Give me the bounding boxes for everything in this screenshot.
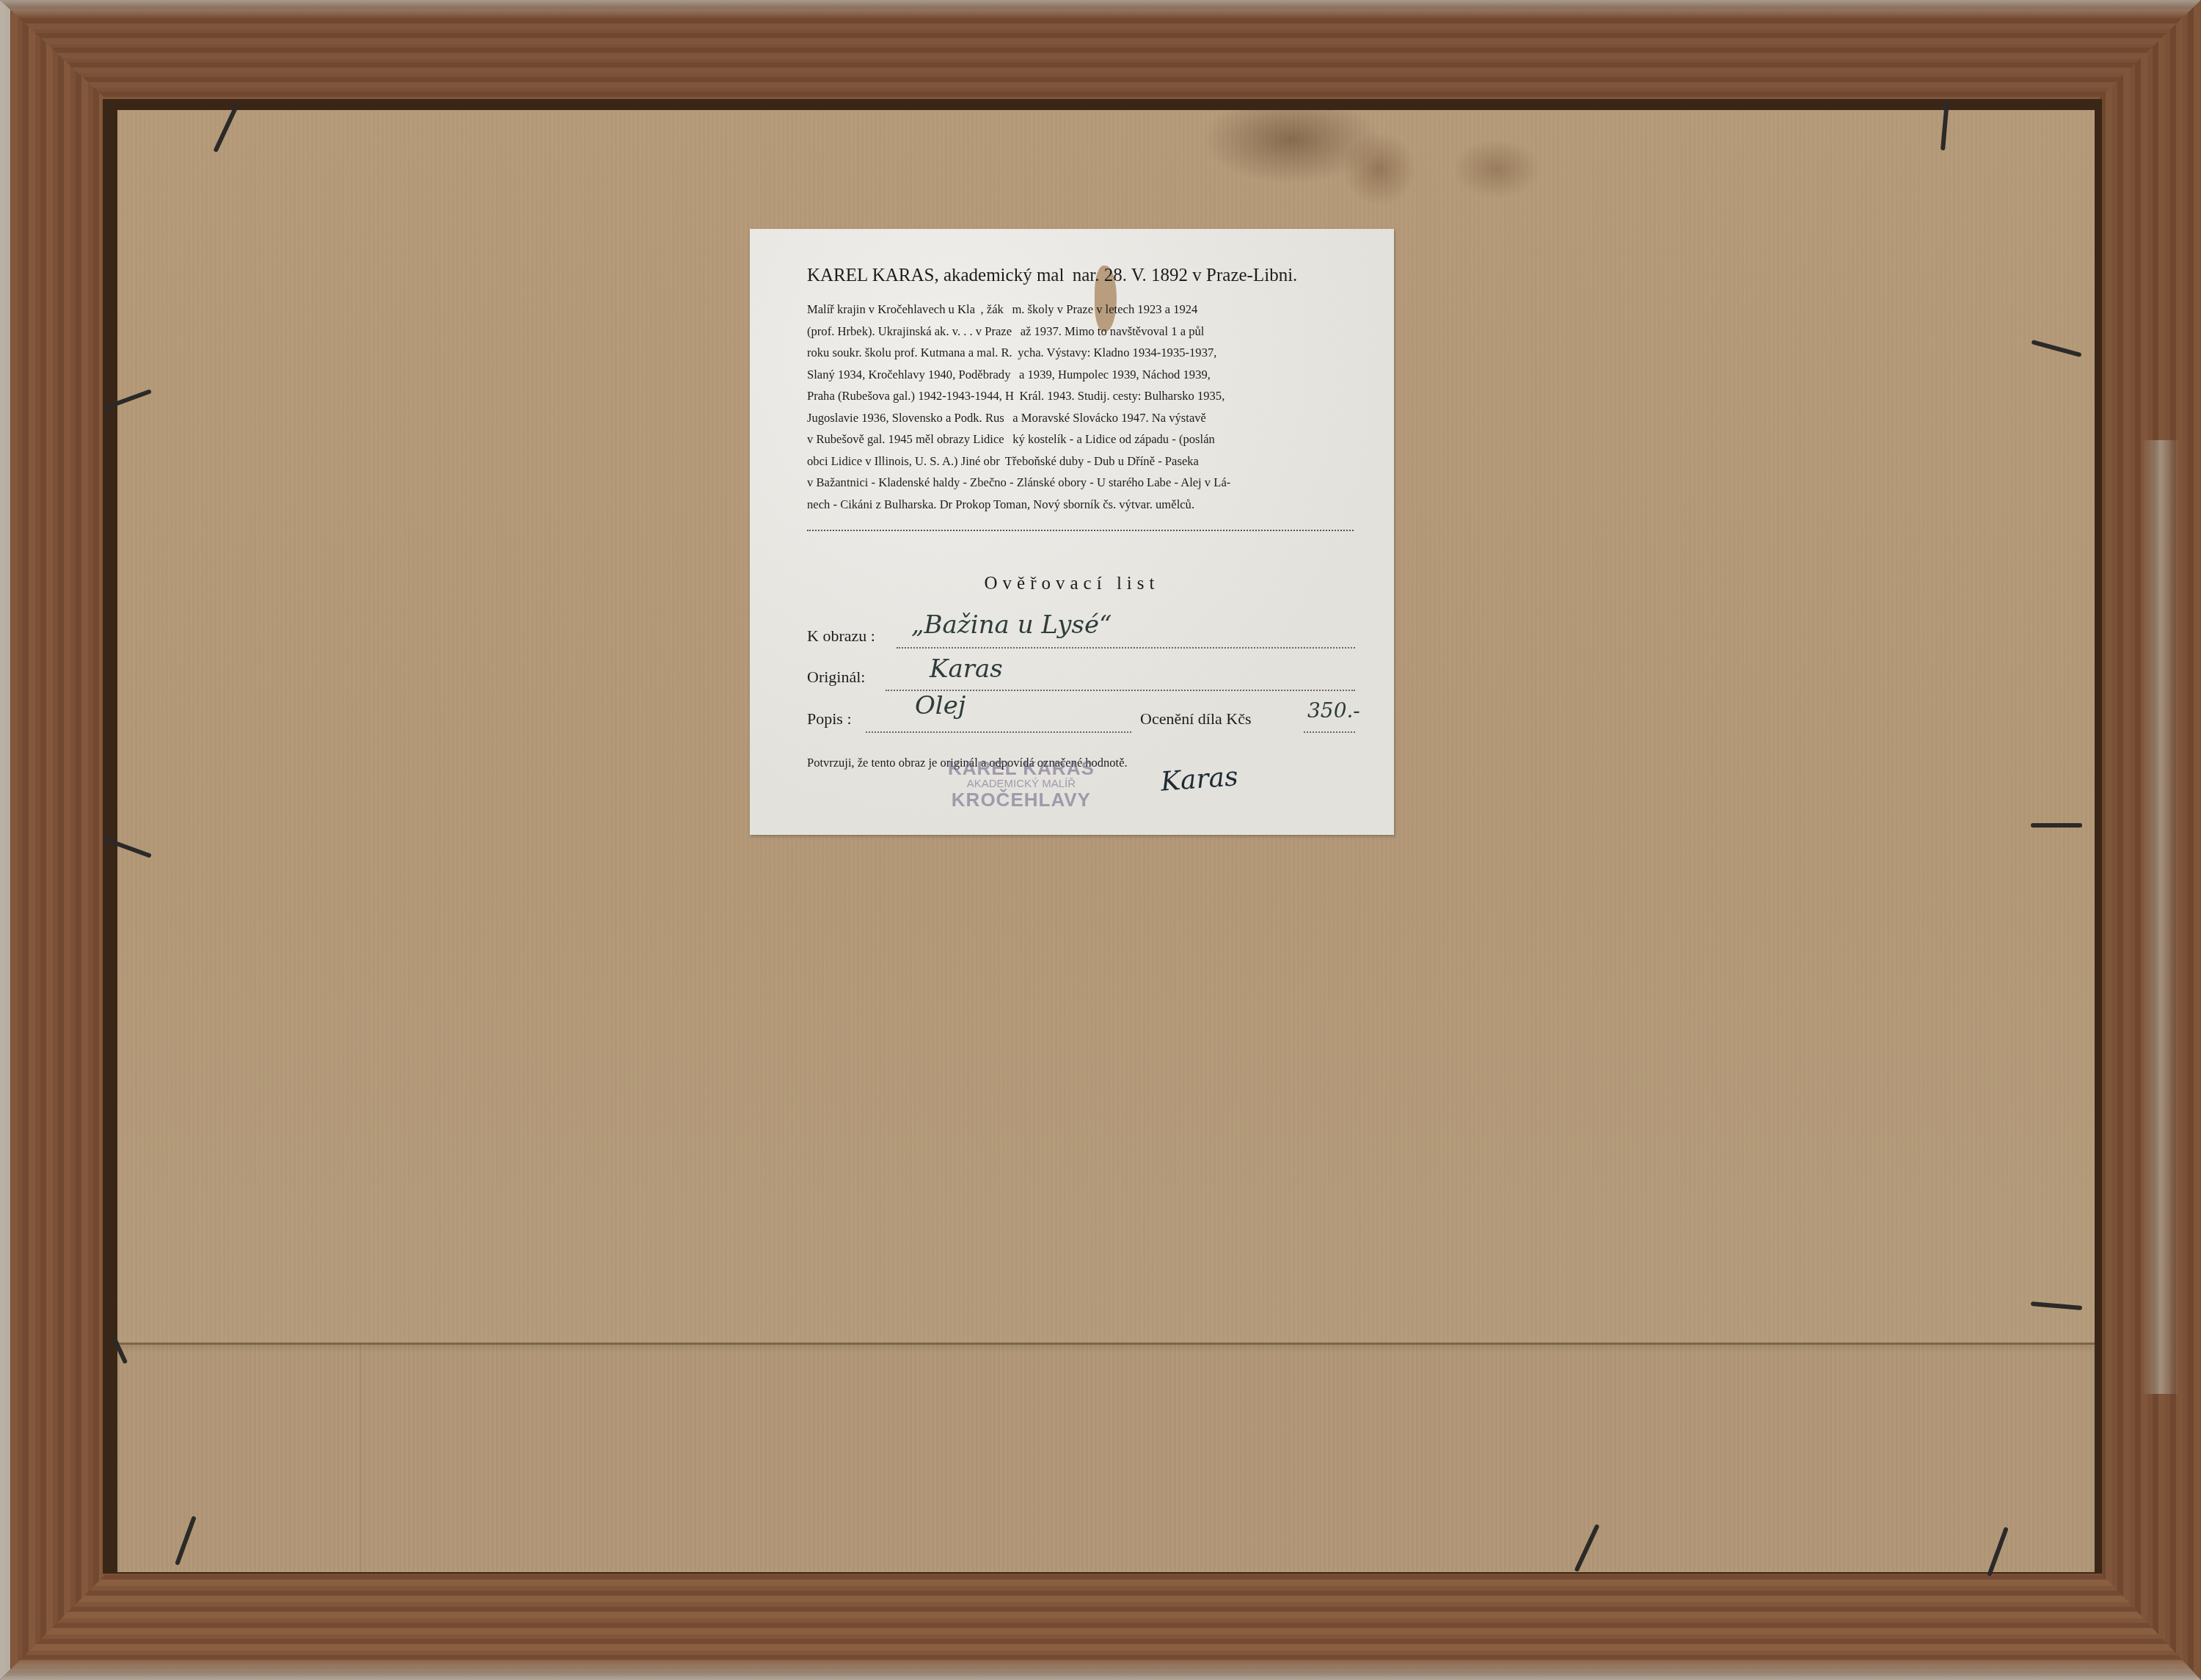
original-field-label: Originál: — [807, 668, 865, 687]
valuation-field-line — [1304, 731, 1355, 733]
painting-field-label: K obrazu : — [807, 627, 875, 646]
stamp-line: KROČEHLAVY — [948, 790, 1095, 810]
frame-right-rail — [2095, 0, 2201, 1680]
artist-heading: KAREL KARAS, akademický mal nar. 28. V. … — [807, 266, 1297, 286]
bio-line: v Rubešově gal. 1945 měl obrazy Lidice k… — [807, 428, 1350, 450]
bio-line: Jugoslavie 1936, Slovensko a Podk. Rus a… — [807, 407, 1350, 429]
painting-field-line — [897, 647, 1355, 649]
original-handwritten: Karas — [930, 654, 1003, 684]
bio-line: (prof. Hrbek). Ukrajinská ak. v. . . v P… — [807, 321, 1350, 343]
bio-line: v Bažantnici - Kladenské haldy - Zbečno … — [807, 472, 1350, 494]
frame-left-rail — [0, 0, 110, 1680]
artist-biography: Malíř krajin v Kročehlavech u Kla , žák … — [807, 299, 1350, 515]
bio-line: Malíř krajin v Kročehlavech u Kla , žák … — [807, 299, 1350, 321]
bio-line: roku soukr. školu prof. Kutmana a mal. R… — [807, 342, 1350, 364]
artist-signature: Karas — [1160, 762, 1239, 797]
bio-line: Praha (Rubešova gal.) 1942-1943-1944, H … — [807, 385, 1350, 407]
description-field-label: Popis : — [807, 709, 852, 728]
bio-line: nech - Cikáni z Bulharska. Dr Prokop Tom… — [807, 494, 1350, 516]
valuation-field-label: Ocenění díla Kčs — [1140, 709, 1252, 728]
bio-line: Slaný 1934, Kročehlavy 1940, Poděbrady a… — [807, 364, 1350, 386]
cardboard-backing-lower-panel — [117, 1343, 2095, 1572]
form-title: Ověřovací list — [750, 574, 1394, 594]
description-field-line — [866, 731, 1131, 733]
painting-title-handwritten: „Bažina u Lysé“ — [911, 610, 1112, 640]
dotted-separator — [807, 530, 1354, 531]
valuation-handwritten: 350.- — [1307, 698, 1360, 723]
stamp-line: KAREL KARAS — [948, 759, 1095, 778]
frame-bottom-rail — [0, 1570, 2201, 1680]
bio-line: obci Lidice v Illinois, U. S. A.) Jiné o… — [807, 450, 1350, 472]
artist-stamp: KAREL KARAS AKADEMICKÝ MALÍŘ KROČEHLAVY — [948, 759, 1095, 810]
frame-top-rail — [0, 0, 2201, 103]
authentication-label: KAREL KARAS, akademický mal nar. 28. V. … — [750, 229, 1394, 835]
description-handwritten: Olej — [915, 691, 966, 720]
nail-icon — [2031, 823, 2082, 828]
